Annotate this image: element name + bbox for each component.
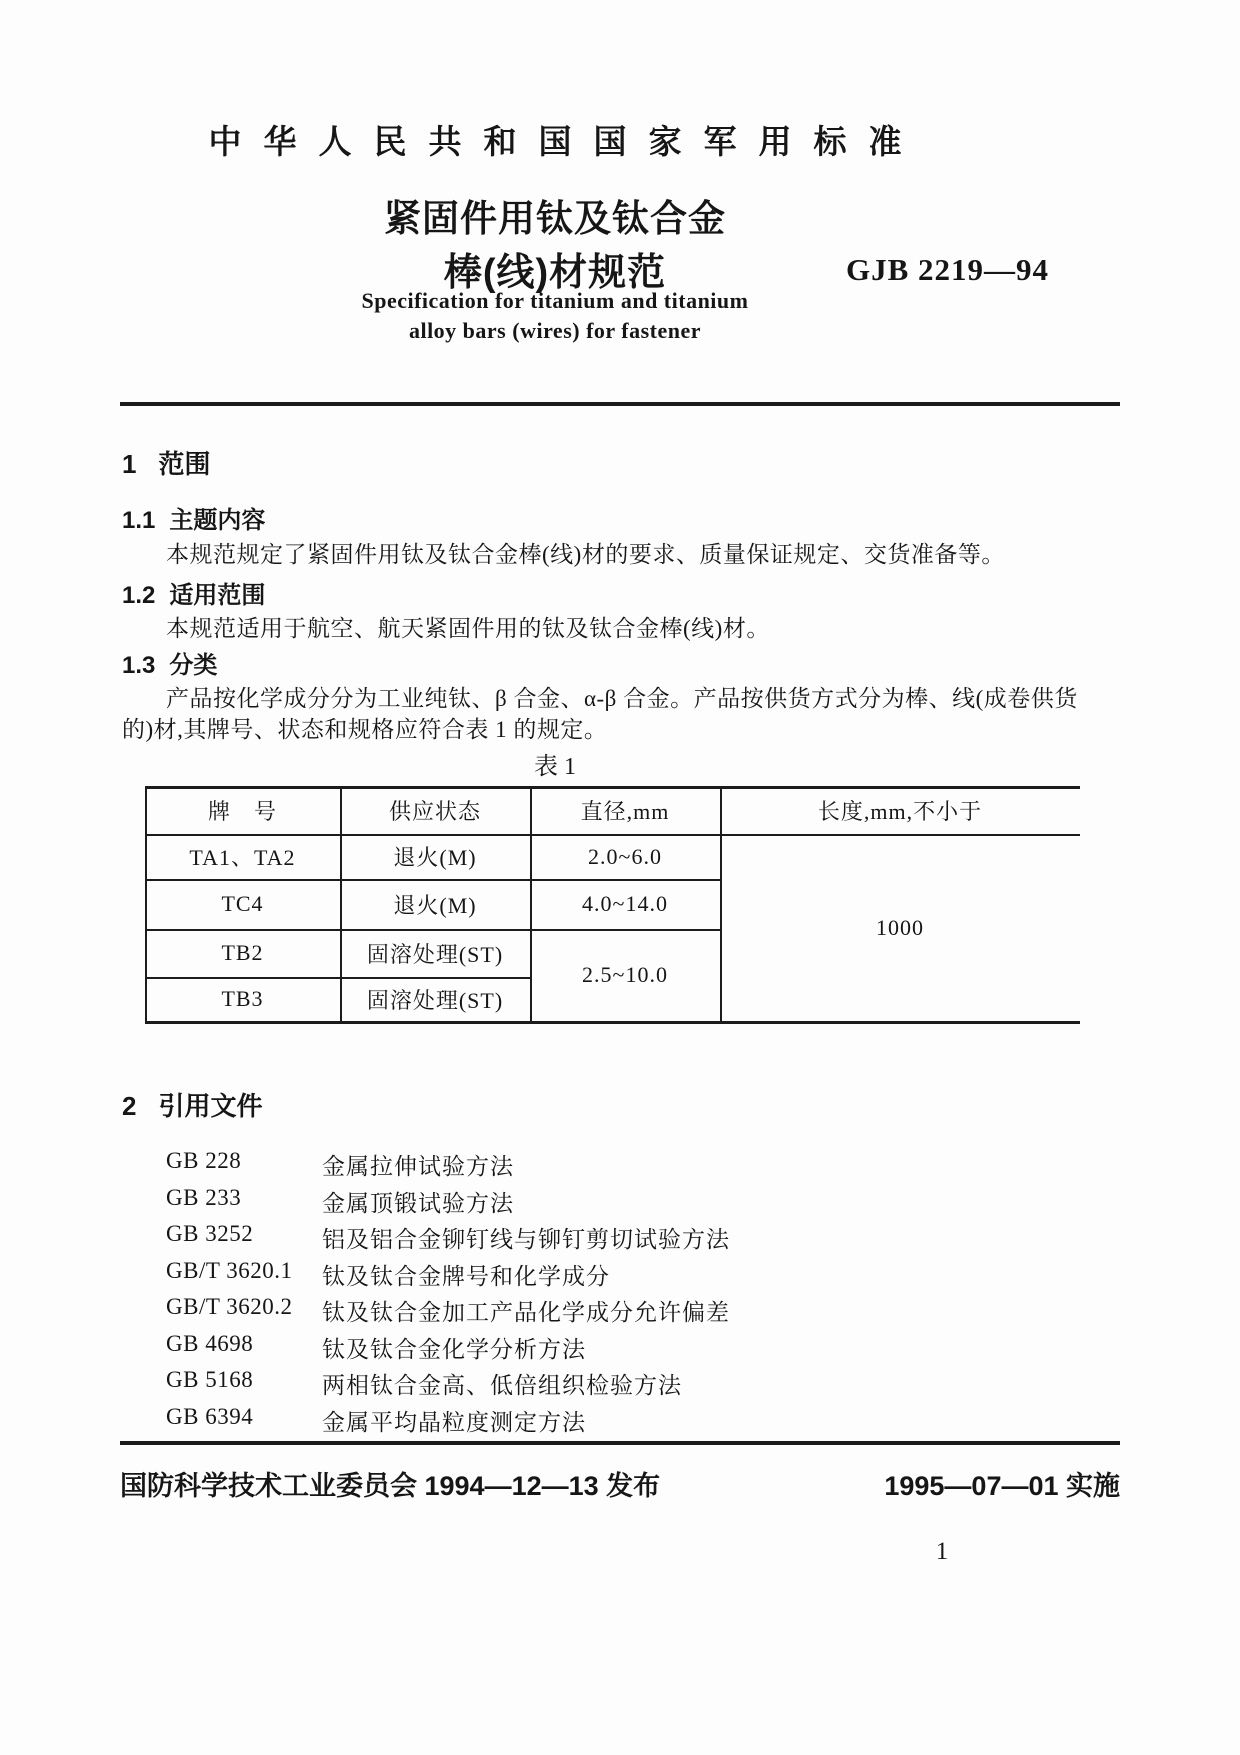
reference-code: GB/T 3620.1 [166,1258,292,1284]
table-border-bottom [145,1021,1080,1024]
table-header-grade: 牌 号 [145,786,340,834]
reference-code: GB 3252 [166,1221,253,1247]
table-merged-length-cell: 1000 [720,834,1080,1021]
section-1-2-number: 1.2 [122,582,155,609]
reference-title: 钛及钛合金加工产品化学成分允许偏差 [322,1294,730,1327]
section-1-3-number: 1.3 [122,652,155,679]
document-page: 中华人民共和国国家军用标准 紧固件用钛及钛合金 棒(线)材规范 GJB 2219… [0,0,1240,1755]
reference-code: GB 5168 [166,1367,253,1393]
table-row-grade: TB2 [145,929,340,977]
reference-title: 金属平均晶粒度测定方法 [322,1404,586,1437]
reference-code: GB/T 3620.2 [166,1294,292,1320]
section-1-1-paragraph: 本规范规定了紧固件用钛及钛合金棒(线)材的要求、质量保证规定、交货准备等。 [166,536,1005,569]
document-title-en-line1: Specification for titanium and titanium [0,288,1110,314]
page-number: 1 [922,1538,962,1566]
table-row-grade: TA1、TA2 [145,834,340,879]
section-2-number: 2 [122,1091,136,1121]
header-divider-rule [120,402,1120,406]
table-row-grade: TC4 [145,879,340,929]
section-1-2-heading: 1.2适用范围 [122,575,265,610]
table-header-length: 长度,mm,不小于 [720,786,1080,834]
reference-code: GB 4698 [166,1331,253,1357]
section-1-1-heading: 1.1主题内容 [122,500,265,535]
table-row-condition: 固溶处理(ST) [340,929,530,977]
table-merged-diameter-cell: 2.5~10.0 [530,929,720,1021]
table-1: 牌 号 供应状态 直径,mm 长度,mm,不小于 TA1、TA2 退火(M) 2… [145,786,1080,1024]
reference-title: 金属顶锻试验方法 [322,1185,514,1218]
section-1-3-title: 分类 [169,652,217,679]
section-1-2-paragraph: 本规范适用于航空、航天紧固件用的钛及钛合金棒(线)材。 [166,610,770,643]
table-row-condition: 固溶处理(ST) [340,977,530,1021]
section-1-number: 1 [122,449,136,479]
reference-code: GB 6394 [166,1404,253,1430]
section-1-1-number: 1.1 [122,507,155,534]
reference-title: 钛及钛合金牌号和化学成分 [322,1258,610,1291]
standard-class-heading: 中华人民共和国国家军用标准 [0,116,1110,163]
section-2-heading: 2引用文件 [122,1086,262,1123]
reference-code: GB 233 [166,1185,241,1211]
standard-number: GJB 2219—94 [846,252,1049,288]
footer-issued-by: 国防科学技术工业委员会 1994—12—13 发布 [120,1464,660,1503]
table-header-diameter: 直径,mm [530,786,720,834]
section-1-3-heading: 1.3分类 [122,645,217,680]
section-1-1-title: 主题内容 [169,507,265,534]
section-1-3-paragraph-line2: 的)材,其牌号、状态和规格应符合表 1 的规定。 [122,711,607,744]
section-1-title: 范围 [158,449,210,479]
footer-implemented-date: 1995—07—01 实施 [884,1464,1120,1503]
section-1-2-title: 适用范围 [169,582,265,609]
section-2-title: 引用文件 [158,1091,262,1121]
table-row-condition: 退火(M) [340,879,530,929]
table-row-condition: 退火(M) [340,834,530,879]
section-1-heading: 1范围 [122,444,210,481]
table-row-grade: TB3 [145,977,340,1021]
reference-title: 金属拉伸试验方法 [322,1148,514,1181]
document-title-cn-line1: 紧固件用钛及钛合金 [0,188,1110,242]
document-title-en-line2: alloy bars (wires) for fastener [0,318,1110,344]
reference-code: GB 228 [166,1148,241,1174]
footer-divider-rule [120,1441,1120,1445]
table-row-diameter: 4.0~14.0 [530,879,720,929]
reference-title: 钛及钛合金化学分析方法 [322,1331,586,1364]
table-row-diameter: 2.0~6.0 [530,834,720,879]
reference-title: 两相钛合金高、低倍组织检验方法 [322,1367,682,1400]
table-header-condition: 供应状态 [340,786,530,834]
section-1-3-paragraph-line1: 产品按化学成分分为工业纯钛、β 合金、α-β 合金。产品按供货方式分为棒、线(成… [166,680,1078,713]
table-1-caption: 表 1 [0,746,1110,781]
reference-title: 铝及铝合金铆钉线与铆钉剪切试验方法 [322,1221,730,1254]
